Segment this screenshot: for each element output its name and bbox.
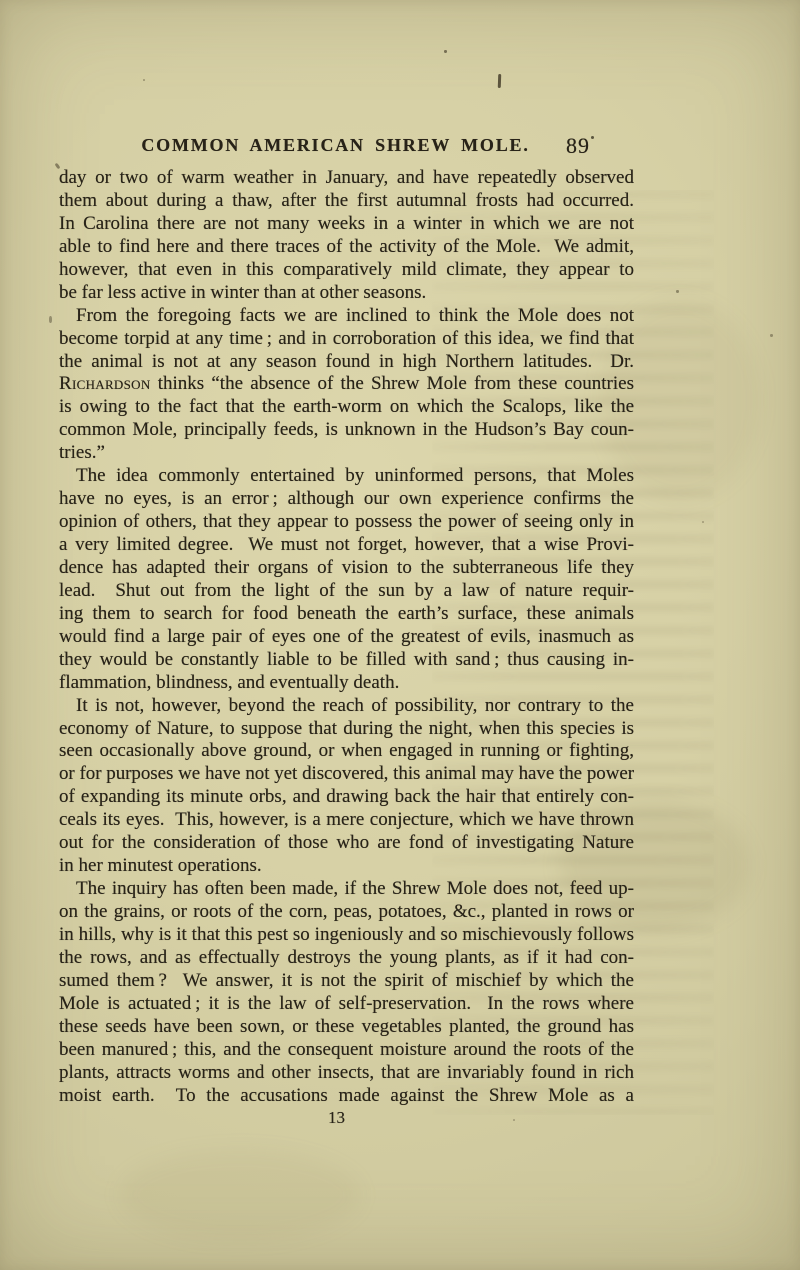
text-line: sumed them ? We answer, it is not the sp… xyxy=(59,970,634,993)
text-line: able to find here and there traces of th… xyxy=(59,236,634,259)
text-line: in her minutest operations. xyxy=(59,855,634,878)
text-line: tries.” xyxy=(59,442,634,465)
text-line: day or two of warm weather in January, a… xyxy=(59,167,634,190)
text-line: lead. Shut out from the light of the sun… xyxy=(59,580,634,603)
ink-speck xyxy=(513,1119,515,1121)
ink-speck xyxy=(143,79,145,81)
text-line: out for the consideration of those who a… xyxy=(59,832,634,855)
small-caps-name: Richardson xyxy=(59,373,151,394)
book-page: COMMON AMERICAN SHREW MOLE. 89 day or tw… xyxy=(0,0,800,1270)
ink-speck xyxy=(770,334,773,337)
text-line: the animal is not at any season found in… xyxy=(59,351,634,374)
text-line: The idea commonly entertained by uninfor… xyxy=(59,465,634,488)
text-block: day or two of warm weather in January, a… xyxy=(59,167,634,1107)
text-line: these seeds have been sown, or these veg… xyxy=(59,1016,634,1039)
text-line: plants, attracts worms and other insects… xyxy=(59,1062,634,1085)
text-line: From the foregoing facts we are inclined… xyxy=(59,305,634,328)
text-line: a very limited degree. We must not forge… xyxy=(59,534,634,557)
page-number-value: 89 xyxy=(566,133,590,158)
page-header: COMMON AMERICAN SHREW MOLE. 89 xyxy=(59,133,634,157)
text-line: have no eyes, is an error ; although our… xyxy=(59,488,634,511)
text-line: ing them to search for food beneath the … xyxy=(59,603,634,626)
text-line: The inquiry has often been made, if the … xyxy=(59,878,634,901)
text-line: become torpid at any time ; and in corro… xyxy=(59,328,634,351)
text-line: It is not, however, beyond the reach of … xyxy=(59,695,634,718)
signature-mark: 13 xyxy=(49,1108,624,1128)
text-line: or for purposes we have not yet discover… xyxy=(59,763,634,786)
text-line: seen occasionally above ground, or when … xyxy=(59,740,634,763)
text-line: in hills, why is it that this pest so in… xyxy=(59,924,634,947)
text-line: ceals its eyes. This, however, is a mere… xyxy=(59,809,634,832)
text-line: the rows, and as effectually destroys th… xyxy=(59,947,634,970)
text-line: common Mole, principally feeds, is unkno… xyxy=(59,419,634,442)
text-line: In Carolina there are not many weeks in … xyxy=(59,213,634,236)
text-line: moist earth. To the accusations made aga… xyxy=(59,1085,634,1108)
text-line: be far less active in winter than at oth… xyxy=(59,282,634,305)
paper-stain xyxy=(120,1150,360,1240)
text-line: they would be constantly liable to be fi… xyxy=(59,649,634,672)
text-line: economy of Nature, to suppose that durin… xyxy=(59,718,634,741)
text-line: would find a large pair of eyes one of t… xyxy=(59,626,634,649)
text-line: dence has adapted their organs of vision… xyxy=(59,557,634,580)
text-line: Mole is actuated ; it is the law of self… xyxy=(59,993,634,1016)
ink-speck xyxy=(591,136,594,139)
text-line: flammation, blindness, and eventually de… xyxy=(59,672,634,695)
text-line: of expanding its minute orbs, and drawin… xyxy=(59,786,634,809)
text-line: however, that even in this comparatively… xyxy=(59,259,634,282)
running-title: COMMON AMERICAN SHREW MOLE. xyxy=(48,135,623,156)
text-line: Richardson thinks “the absence of the Sh… xyxy=(59,373,634,396)
ink-speck xyxy=(49,316,52,323)
ink-speck xyxy=(444,50,447,53)
text-line: opinion of others, that they appear to p… xyxy=(59,511,634,534)
text-line: is owing to the fact that the earth-worm… xyxy=(59,396,634,419)
ink-speck xyxy=(702,521,704,523)
text-line: been manured ; this, and the consequent … xyxy=(59,1039,634,1062)
ink-speck xyxy=(498,74,501,88)
text-line: them about during a thaw, after the firs… xyxy=(59,190,634,213)
text-line: on the grains, or roots of the corn, pea… xyxy=(59,901,634,924)
page-number: 89 xyxy=(566,133,594,159)
ink-speck xyxy=(676,290,679,293)
